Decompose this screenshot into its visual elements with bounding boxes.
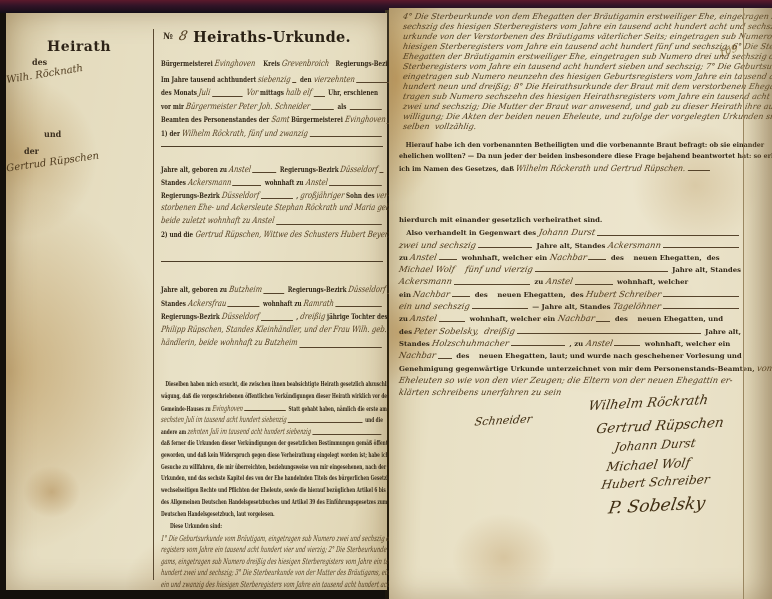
form-line: gams, eingetragen sub Numero dreißig des… <box>161 556 383 568</box>
blank-rule <box>472 308 528 309</box>
district-header-line: Bürgermeisterei EvinghovenKreis Grevenbr… <box>161 57 383 70</box>
form-line: selben vollzählig. <box>403 122 739 132</box>
form-line: tragen sub Numero sechszehn des hiesigen… <box>403 92 739 102</box>
form-line: Bürgermeisterei EvinghovenKreis Grevenbr… <box>161 57 383 70</box>
printed-text: Sohn des <box>344 189 376 202</box>
handwritten-text: dreißig <box>299 311 326 325</box>
printed-text: Jahre alt, geboren zu <box>161 283 229 297</box>
printed-text: wohnhaft, welcher <box>615 276 689 288</box>
printed-text: zu <box>532 276 546 288</box>
margin-column: Heirath des Wilh. Röcknath und der Gertr… <box>6 13 152 590</box>
printed-text: Im Jahre tausend achthundert <box>161 73 258 86</box>
handwritten-text: Vor <box>243 87 261 100</box>
printed-text: ehelichen wollten? — Da nun jeder der be… <box>399 151 772 162</box>
form-line: Regierungs-Bezirk Düsseldorf , dreißig j… <box>161 310 383 324</box>
handwritten-text: Düsseldorf <box>347 284 386 298</box>
handwritten-text: storbenen Ehe- und Ackersleute Stephan R… <box>160 202 412 215</box>
form-line: wägung, daß die vorgeschriebenen öffentl… <box>161 391 383 403</box>
handwritten-text: Tagelöhner <box>612 300 662 312</box>
form-line: Jahre alt, geboren zu Anstel Regierungs-… <box>161 163 383 176</box>
form-line: willigung; Die Akten der beiden neuen Eh… <box>403 112 739 122</box>
form-line: hundert neun und dreißig; 8° Die Heirath… <box>403 82 739 92</box>
page-edge-strip <box>744 8 772 599</box>
blank-rule <box>252 172 276 173</box>
printed-text: wägung, daß die vorgeschriebenen öffentl… <box>161 391 428 403</box>
left-page: Heirath des Wilh. Röcknath und der Gertr… <box>6 13 387 590</box>
signature-witness-3: Hubert Schreiber <box>600 472 711 492</box>
printed-text: Kreis <box>263 57 282 70</box>
printed-text: des neuen Ehegatten, des <box>472 289 586 301</box>
handwritten-text: Gertrud Rüpschen, Wittwe des Schusters H… <box>194 229 417 242</box>
printed-text: 1) der <box>161 127 182 140</box>
handwritten-text: Grevenbroich <box>281 58 330 71</box>
printed-text: als <box>336 100 349 113</box>
printed-text: Regierungs-Bezirk <box>161 189 222 202</box>
form-line: zwei und sechszig; Die Mutter der Braut … <box>403 102 739 112</box>
printed-text: des neuen Ehegatten, laut; und wurde nac… <box>454 350 742 362</box>
blank-rule <box>596 321 610 322</box>
form-line: hiesigen Sterberegisters vom Jahre ein t… <box>403 42 739 52</box>
signature-witness-4: P. Sobelsky <box>607 494 707 519</box>
handwritten-text: Anstel <box>228 164 252 177</box>
printed-text: Hierauf habe ich den vorbenannten Bethei… <box>399 140 764 151</box>
handwritten-text: selben vollzählig. <box>402 122 477 132</box>
blank-rule <box>454 284 530 285</box>
printed-text: Deutschen Handelsgesetzbuch, laut vorgel… <box>161 509 275 521</box>
printed-text: 2) und die <box>161 228 195 241</box>
printed-text: wohnhaft zu <box>263 176 306 189</box>
handwritten-text: Nachbar <box>412 288 451 300</box>
printed-text: Standes <box>161 176 188 189</box>
printed-text: vor mir <box>161 100 186 113</box>
form-line: händlerin, beide wohnhaft zu Butzheim <box>161 337 383 351</box>
printed-text: Dieselben haben mich ersucht, die zwisch… <box>161 379 427 391</box>
blank-rule <box>588 259 606 260</box>
blank-rule <box>299 347 381 348</box>
blank-rule <box>511 345 565 346</box>
handwritten-text: Evinghoven <box>344 114 386 127</box>
blank-rule <box>663 247 739 248</box>
form-line: wechselseitigen Rechte und Pflichten der… <box>161 485 383 497</box>
handwritten-text: Anstel <box>584 337 613 349</box>
form-line: Ehegatten der Bräutigamin erstweiliger E… <box>403 52 739 62</box>
handwritten-text: Anstel <box>409 312 438 324</box>
handwritten-text: Eheleuten so wie von den vier Zeugen; di… <box>398 374 734 386</box>
form-line: Eheleuten so wie von den vier Zeugen; di… <box>399 374 741 386</box>
printed-text: Diese Urkunden sind: <box>161 521 222 533</box>
handwritten-text: Wilhelm Röckerath und Gertrud Rüpschen. <box>515 163 686 174</box>
blank-rule <box>263 293 284 294</box>
form-line: des Peter Sobelsky, dreißig Jahre alt, <box>399 325 741 337</box>
form-line: Nachbar des neuen Ehegatten, laut; und w… <box>399 349 741 361</box>
form-line: eingetragen sub Numero neunzehn des hies… <box>403 72 739 82</box>
handwritten-text: Düsseldorf <box>340 164 379 177</box>
handwritten-text: zwei und sechszig <box>398 239 477 251</box>
blank-rule <box>438 358 452 359</box>
handwritten-text: Düsseldorf <box>221 311 260 325</box>
form-line: des Allgemeinen Deutschen Handelsgesetzb… <box>161 497 383 509</box>
form-line: Diese Urkunden sind: <box>161 521 383 533</box>
printed-text: Bürgermeisterei <box>289 113 345 126</box>
blank-rule <box>276 224 382 225</box>
handwritten-text: 4° Die Sterbeurkunde von dem Ehegatten d… <box>402 12 772 22</box>
form-line: Regierungs-Bezirk Düsseldorf , großjähri… <box>161 189 383 202</box>
margin-bride-name: Gertrud Rüpschen <box>6 151 100 175</box>
blank-rule <box>535 271 668 272</box>
printed-text: ich im Namen des Gesetzes, daß <box>399 164 516 175</box>
form-line: Gemeinde-Hauses zu Evinghoven Statt geha… <box>161 403 383 415</box>
handwritten-text: gams, eingetragen sub Numero dreißig des… <box>160 556 418 568</box>
handwritten-text: willigung; Die Akten der beiden neuen Eh… <box>402 112 772 122</box>
form-line: 1) der Wilhelm Röckrath, fünf und zwanzi… <box>161 127 383 140</box>
printed-text: , zu <box>567 338 586 350</box>
handwritten-text: urkunde von der Verstorbenen des Bräutig… <box>402 32 772 42</box>
form-line: daß ferner die Urkunden dieser Verkündig… <box>161 438 383 450</box>
right-page: 109 4° Die Sterbeurkunde von dem Ehegatt… <box>389 8 772 599</box>
intro-section: Im Jahre tausend achthundert siebenzig d… <box>161 73 383 140</box>
documents-list: Diese Urkunden sind:1° Die Geburtsurkund… <box>161 521 383 591</box>
blank-rule <box>312 434 381 435</box>
printed-text: hierdurch mit einander gesetzlich verhei… <box>399 214 602 226</box>
form-line: ich im Namen des Gesetzes, daß Wilhelm R… <box>399 163 712 174</box>
form-line: 2) und die Gertrud Rüpschen, Wittwe des … <box>161 228 383 241</box>
certificate-title: Heiraths-Urkunde. <box>161 29 383 46</box>
handwritten-text: Ackersmann <box>607 239 662 251</box>
printed-text: Statt gehabt haben, nämlich die erste am <box>287 404 387 416</box>
handwritten-text: Nachbar <box>556 312 595 324</box>
form-line: zu Anstel wohnhaft, welcher ein Nachbar … <box>399 251 741 263</box>
printed-text: Regierungs-Bezirk <box>161 310 222 324</box>
form-line: sechsten Juli im tausend acht hundert si… <box>161 414 383 426</box>
printed-text: des Allgemeinen Deutschen Handelsgesetzb… <box>161 497 418 509</box>
handwritten-text: Ackersmann <box>187 177 232 190</box>
handwritten-text: Nachbar <box>548 251 587 263</box>
handwritten-text: beide zuletzt wohnhaft zu Anstel <box>160 215 275 228</box>
handwritten-text: tragen sub Numero sechszehn des hiesigen… <box>402 92 772 102</box>
handwritten-text: sechszig des hiesigen Sterberegisters vo… <box>402 22 772 32</box>
form-line: Standes Ackersfrau wohnhaft zu Ramrath <box>161 297 383 311</box>
form-line: Beamten des Personenstandes der Samt Bür… <box>161 113 383 126</box>
form-line: geworden, und daß kein Widerspruch gegen… <box>161 450 383 462</box>
signature-officiant: Schneider <box>474 413 533 429</box>
printed-text: Regierungs-Bezirk <box>286 283 349 297</box>
printed-text: Also verhandelt in Gegenwart des <box>399 227 539 239</box>
margin-und-label: und <box>44 129 61 139</box>
handwritten-text: Anstel <box>409 251 438 263</box>
witnesses-section: hierdurch mit einander gesetzlich verhei… <box>399 214 741 398</box>
form-line: des Monats Juli Vor mittags halb elf Uhr… <box>161 86 383 99</box>
signature-witness-2: Michael Wolf <box>605 455 691 474</box>
handwritten-text: halb elf <box>285 87 313 100</box>
printed-text: des neuen Ehegatten, des <box>608 252 719 264</box>
printed-text: Genehmigung gegenwärtige Urkunde unterze… <box>399 363 757 375</box>
form-line: vor mir Bürgermeister Peter Joh. Schneid… <box>161 100 383 113</box>
blank-rule <box>350 109 382 110</box>
handwritten-text: Holzschuhmacher <box>431 337 510 349</box>
form-line: Also verhandelt in Gegenwart des Johann … <box>399 226 741 238</box>
margin-des-label: des <box>32 57 47 67</box>
printed-text: und die <box>364 415 383 427</box>
handwritten-text: Michael Wolf fünf und vierzig <box>398 263 534 275</box>
form-line: Michael Wolf fünf und vierzig Jahre alt,… <box>399 263 741 275</box>
announcement-paragraph: Dieselben haben mich ersucht, die zwisch… <box>161 379 383 521</box>
blank-rule <box>663 308 739 309</box>
form-line: Philipp Rüpschen, Standes Kleinhändler, … <box>161 324 383 338</box>
handwritten-text: Bürgermeister Peter Joh. Schneider <box>185 101 311 114</box>
form-line: Standes Ackersmann wohnhaft zu Anstel <box>161 176 383 189</box>
printed-text: wohnhaft zu <box>261 297 304 311</box>
declaration-paragraph: Hierauf habe ich den vorbenannten Bethei… <box>399 140 712 174</box>
form-line: urkunde von der Verstorbenen des Bräutig… <box>403 32 739 42</box>
handwritten-text: Butzheim <box>228 284 263 298</box>
handwritten-text: Evinghoven <box>212 403 244 415</box>
printed-text: Jahre alt, <box>703 326 741 338</box>
form-line: Hierauf habe ich den vorbenannten Bethei… <box>399 140 712 151</box>
printed-text: wohnhaft, welcher ein <box>467 313 557 325</box>
handwritten-text: Peter Sobelsky, dreißig <box>413 325 516 337</box>
form-line: ein und zwanzig des hiesigen Sterberegis… <box>161 579 383 591</box>
blank-rule <box>663 296 739 297</box>
blank-rule <box>575 284 613 285</box>
certificate-title-row: № 8 Heiraths-Urkunde. <box>161 29 383 47</box>
form-line: beide zuletzt wohnhaft zu Anstel <box>161 215 383 228</box>
certificate-form: № 8 Heiraths-Urkunde. Bürgermeisterei Ev… <box>161 13 383 590</box>
printed-text: wohnhaft, welcher ein <box>642 338 730 350</box>
handwritten-text: hiesigen Sterberegisters vom Jahre ein t… <box>402 42 772 52</box>
blank-rule <box>261 198 293 199</box>
blank-rule <box>329 185 382 186</box>
printed-text: Uhr, erschienen <box>326 86 378 99</box>
handwritten-text: eingetragen sub Numero neunzehn des hies… <box>402 72 772 82</box>
blank-rule <box>439 321 465 322</box>
printed-text: jährige Tochter des <box>325 310 388 324</box>
blank-rule <box>335 306 381 307</box>
blank-rule <box>380 172 384 173</box>
form-line: Sterberegisters vom Jahre ein tausend ac… <box>403 62 739 72</box>
printed-text: Beamten des Personenstandes der <box>161 113 271 126</box>
printed-text: geworden, und daß kein Widerspruch gegen… <box>161 450 415 462</box>
blank-rule <box>212 96 242 97</box>
form-line: zwei und sechszig Jahre alt, Standes Ack… <box>399 239 741 251</box>
form-line: ehelichen wollten? — Da nun jeder der be… <box>399 151 712 162</box>
handwritten-text: Anstel <box>545 275 574 287</box>
margin-divider-rule <box>153 29 154 580</box>
form-line: Deutschen Handelsgesetzbuch, laut vorgel… <box>161 509 383 521</box>
handwritten-text: Anstel <box>305 177 329 190</box>
handwritten-text: zwei und sechszig; Die Mutter der Braut … <box>402 102 772 112</box>
handwritten-text: Ackersmann <box>398 275 453 287</box>
form-line: ein Nachbar des neuen Ehegatten, des Hub… <box>399 288 741 300</box>
form-line: hierdurch mit einander gesetzlich verhei… <box>399 214 741 226</box>
handwritten-text: vierzehnten <box>313 74 356 87</box>
printed-text: Bürgermeisterei <box>161 57 215 70</box>
handwritten-text: hundert neun und dreißig; 8° Die Heirath… <box>402 82 772 92</box>
blank-rule <box>356 82 390 83</box>
form-line: andere am zehnten Juli im tausend acht h… <box>161 426 383 438</box>
form-line: Gesuche zu willfahren, die mir überreich… <box>161 462 383 474</box>
blank-rule <box>688 170 710 171</box>
blank-rule <box>614 345 640 346</box>
handwritten-text: sechsten Juli im tausend acht hundert si… <box>160 414 287 426</box>
handwritten-text: Sterberegisters vom Jahre ein tausend ac… <box>402 62 772 72</box>
handwritten-text: klärten schreibens unerfahren zu sein <box>398 386 563 398</box>
blank-rule <box>597 235 739 236</box>
signature-bride: Gertrud Rüpschen <box>595 415 725 438</box>
printed-text: wechselseitigen Rechte und Pflichten der… <box>161 485 425 497</box>
handwritten-text: Evinghoven <box>214 58 256 71</box>
form-line: storbenen Ehe- und Ackersleute Stephan R… <box>161 202 383 215</box>
form-line: Dieselben haben mich ersucht, die zwisch… <box>161 379 383 391</box>
printed-text: mittags <box>260 86 286 99</box>
blank-rule <box>292 82 296 83</box>
form-line: 4° Die Sterbeurkunde von dem Ehegatten d… <box>403 12 739 22</box>
printed-text: des Monats <box>161 86 199 99</box>
handwritten-text: Wilhelm Röckrath, fünf und zwanzig <box>181 128 309 141</box>
handwritten-text: siebenzig <box>257 74 292 87</box>
handwritten-text: Samt <box>270 114 290 127</box>
handwritten-text: Nachbar <box>398 349 437 361</box>
blank-rule <box>478 247 532 248</box>
form-line: zu Anstel wohnhaft, welcher ein Nachbar … <box>399 312 741 324</box>
blank-rule <box>261 320 293 321</box>
handwritten-text: zehnten Juli im tausend acht hundert sie… <box>187 426 312 438</box>
bride-section: Jahre alt, geboren zu Butzheim Regierung… <box>161 283 383 351</box>
margin-der-label: der <box>24 146 39 156</box>
handwritten-text: ein und sechszig <box>398 300 471 312</box>
blank-rule <box>517 333 700 334</box>
form-line: Standes Holzschuhmacher , zu Anstel wohn… <box>399 337 741 349</box>
form-line: sechszig des hiesigen Sterberegisters vo… <box>403 22 739 32</box>
form-line: Ackersmann zu Anstel wohnhaft, welcher <box>399 275 741 287</box>
printed-text: Jahre alt, Standes <box>670 264 741 276</box>
form-line: Im Jahre tausend achthundert siebenzig d… <box>161 73 383 86</box>
section-rule <box>161 261 383 262</box>
blank-rule <box>288 422 362 423</box>
handwritten-text: Ramrath <box>303 298 335 312</box>
section-rule <box>161 146 383 147</box>
form-line: ein und sechszig — Jahre alt, Standes Ta… <box>399 300 741 312</box>
signature-witness-1: Johann Durst <box>613 436 696 454</box>
blank-rule <box>439 259 457 260</box>
printed-text: des neuen Ehegatten, und <box>612 313 723 325</box>
printed-text: Urkunden, und das sechste Kapitel des vo… <box>161 473 422 485</box>
blank-rule <box>313 96 324 97</box>
documents-continuation: 4° Die Sterbeurkunde von dem Ehegatten d… <box>403 12 739 132</box>
handwritten-text: Ackersfrau <box>187 298 227 312</box>
blank-rule <box>244 410 286 411</box>
form-line: 1° Die Geburtsurkunde vom Bräutigam, ein… <box>161 533 383 545</box>
handwritten-text: Hubert Schreiber <box>585 288 662 300</box>
form-line: Genehmigung gegenwärtige Urkunde unterze… <box>399 362 741 374</box>
blank-rule <box>312 109 334 110</box>
margin-heading: Heirath <box>6 39 152 55</box>
blank-rule <box>309 136 381 137</box>
blank-rule <box>227 306 259 307</box>
blank-rule <box>452 296 470 297</box>
form-line: Jahre alt, geboren zu Butzheim Regierung… <box>161 283 383 297</box>
printed-text: Standes <box>161 297 188 311</box>
handwritten-text: Ehegatten der Bräutigamin erstweiliger E… <box>402 52 772 62</box>
form-line: registers vom Jahre ein tausend acht hun… <box>161 544 383 556</box>
form-line: Urkunden, und das sechste Kapitel des vo… <box>161 473 383 485</box>
handwritten-text: Johann Durst <box>537 226 595 238</box>
printed-text: Regierungs-Bezirk <box>278 163 341 176</box>
form-line: hundert zwei und sechszig; 3° Die Sterbe… <box>161 567 383 579</box>
groom-section: Jahre alt, geboren zu Anstel Regierungs-… <box>161 163 383 241</box>
blank-rule <box>233 185 262 186</box>
printed-text: Jahre alt, geboren zu <box>161 163 229 176</box>
handwritten-text: händlerin, beide wohnhaft zu Butzheim <box>160 337 298 351</box>
printed-text: den <box>298 73 313 86</box>
handwritten-text: Juli <box>198 87 211 100</box>
